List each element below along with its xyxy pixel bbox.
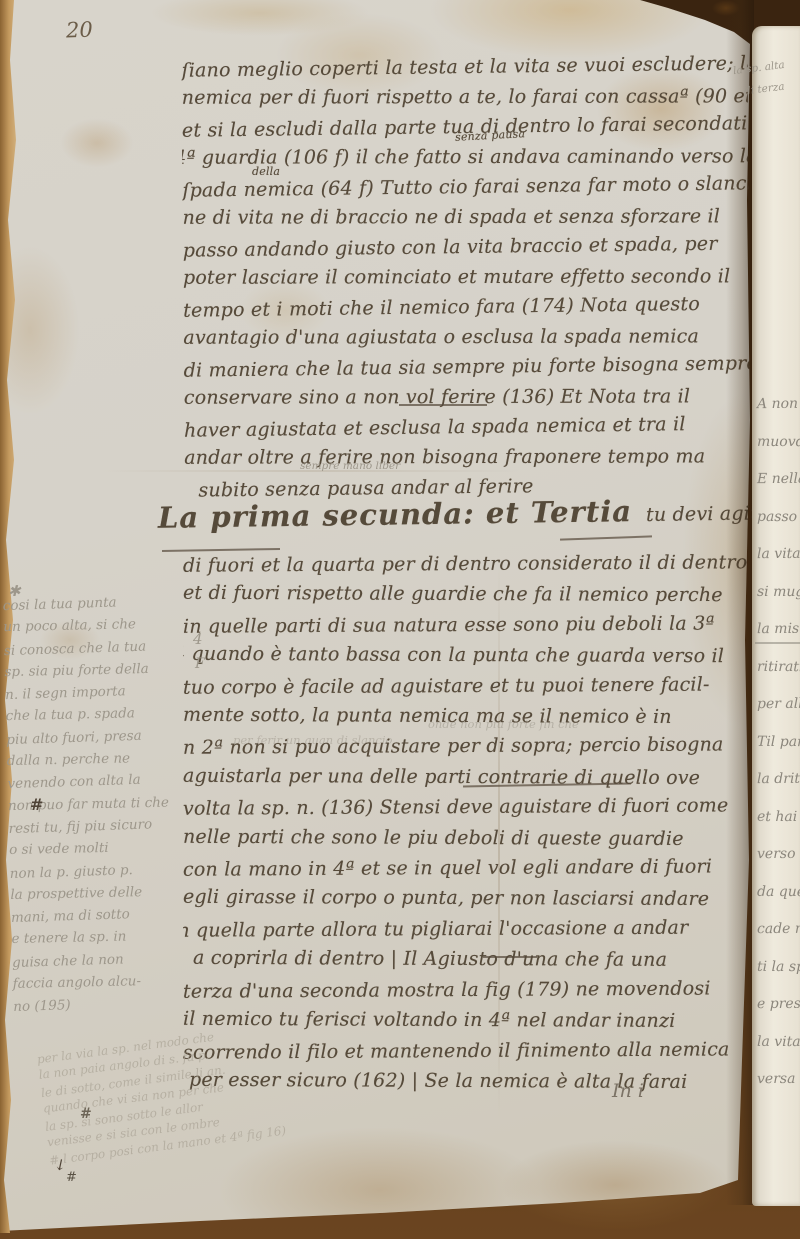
text-line: a coprirla di dentro | Il Agiusto d'una … (193, 943, 749, 976)
margin-reference-letter: F (195, 656, 205, 672)
text-line: et di fuori rispetto alle guardie che fa… (183, 578, 749, 611)
text-line: egli girasse il corpo o punta, per non l… (183, 882, 749, 915)
clipped-text-line: si mugliero si c (757, 573, 800, 611)
clipped-text-line: Til parte, non r (757, 723, 800, 761)
text-line: poter lasciare il cominciato et mutare e… (183, 261, 749, 292)
clipped-text-line: et hai mica (757, 798, 800, 836)
interlinear-pencil-note: sempre mano liber (300, 460, 400, 472)
text-line: avantagio d'una agiustata o esclusa la s… (183, 321, 749, 352)
clipped-text-line: versa della (757, 1061, 800, 1099)
clipped-text-line: la misura re co (757, 611, 800, 649)
clipped-text-line: per alla spada (757, 686, 800, 724)
clipped-text-line: la vita indeb (757, 536, 800, 574)
text-line: n 2ª non si puo acquistare per di sopra;… (183, 730, 749, 764)
clipped-text-line: ritirati) per pa (757, 648, 800, 686)
interlinear-note: della (252, 165, 280, 178)
clipped-text-line: da quella ban (757, 873, 800, 911)
text-line: andar oltre a ferire non bisogna frapone… (184, 441, 750, 472)
asterisk-mark: ✱ (8, 582, 21, 600)
folio-number: 20 (66, 18, 94, 43)
margin-reference-numeral: 4 (193, 630, 203, 648)
clipped-text-line: verso l'nemic (757, 836, 800, 874)
text-line: con la mano in 4ª et se in quel vol egli… (183, 851, 749, 885)
text-line: terza d'una seconda mostra la fig (179) … (183, 973, 749, 1007)
text-line: in quella parte allora tu pigliarai l'oc… (183, 912, 749, 946)
main-text-block-2: di fuori et la quarta per di dentro cons… (183, 549, 749, 1101)
section-heading-large: La prima secunda: et Tertia (158, 494, 632, 535)
gutter-shadow (726, 0, 754, 1205)
hash-mark: # (30, 795, 43, 814)
clipped-text-line: e presi con n (757, 986, 800, 1024)
clipped-text-line: cade rispetto (757, 911, 800, 949)
text-line: nemica per di fuori rispetto a te, lo fa… (182, 81, 748, 112)
text-line: mente sotto, la punta nemica ma se il ne… (183, 700, 749, 733)
text-line: di maniera che la tua sia sempre piu for… (183, 348, 749, 385)
clipped-text-line: E nella misura (757, 461, 800, 499)
text-line: di fuori et la quarta per di dentro cons… (183, 549, 749, 581)
text-line: nelle parti che sono le piu deboli di qu… (183, 821, 749, 854)
facing-page-text-fragments: A non si pug trmuovd argE nella misurapa… (757, 386, 800, 1099)
hash-mark: # (80, 1106, 92, 1122)
hash-mark: # (66, 1170, 77, 1185)
clipped-text-line: muovd arg (757, 423, 800, 461)
text-line: 4 quando è tanto bassa con la punta che … (183, 639, 749, 672)
text-line: aguistarla per una delle parti contrarie… (183, 761, 749, 794)
manuscript-photo: 20 ſiano meglio coperti la testa et la v… (0, 0, 800, 1239)
clipped-text-line: la dritta, p (757, 761, 800, 799)
text-line: passo andando giusto con la vita braccio… (183, 228, 749, 265)
clipped-text-line: passo stretto, c (757, 498, 800, 536)
main-text-block-1: ſiano meglio coperti la testa et la vita… (181, 50, 750, 506)
ink-strikethrough (483, 956, 537, 958)
text-line: volta la sp. n. (136) Stensi deve aguist… (183, 791, 749, 825)
clipped-text-line: A non si pug tr (757, 386, 800, 424)
text-line: tuo corpo è facile ad aguistare et tu pu… (183, 669, 749, 703)
text-line: haver agiustata et esclusa la spada nemi… (184, 408, 750, 445)
text-line: conservare sino a non vol ferire (136) E… (184, 381, 750, 412)
clipped-text-line: ti la spada p (757, 948, 800, 986)
ink-underline (399, 404, 487, 406)
catchword: In i (612, 1080, 644, 1102)
text-line: ne di vita ne di braccio ne di spada et … (183, 201, 749, 232)
text-line: tempo et i moti che il nemico fara (174)… (183, 288, 749, 325)
clipped-text-line: la vita fuorz (757, 1023, 800, 1061)
text-line: ſiano meglio coperti la testa et la vita… (181, 50, 747, 86)
text-line: in quelle parti di sua natura esse sono … (183, 608, 749, 642)
